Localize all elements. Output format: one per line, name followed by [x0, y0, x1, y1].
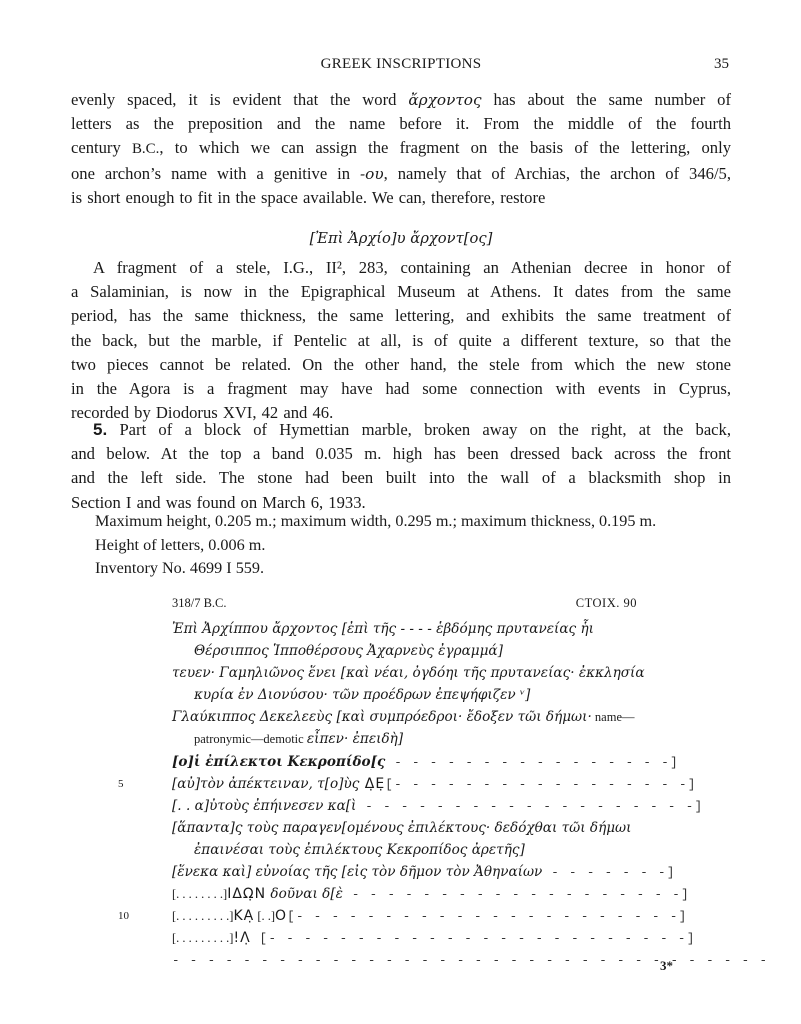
inscription-line: Ἐπὶ Ἀρχίππου ἄρχοντος [ἐπὶ τῆς - - - - ἑ… — [172, 618, 642, 640]
inscription-line: patronymic—demotic εἶπεν· ἐπειδὴ] — [172, 728, 642, 750]
running-title: GREEK INSCRIPTIONS — [71, 56, 731, 73]
section-5-description: 5. Part of a block of Hymettian marble, … — [71, 418, 731, 515]
inscription-line: Γλαύκιππος Δεκελεεὺς [καὶ συμπρόεδροι· ἔ… — [172, 706, 642, 728]
measurements: Maximum height, 0.205 m.; maximum width,… — [95, 510, 765, 581]
stoichedon-label: CTOIX. 90 — [576, 596, 637, 611]
inscription-line: [. . . . . . . .]ΙΔΩ̣Ν δοῦναι δ[ὲ - - - … — [172, 883, 642, 905]
text-line: in the Agora is a fragment may have had … — [71, 377, 731, 401]
text-line: a Salaminian, is now in the Epigraphical… — [71, 280, 731, 304]
inventory-number: Inventory No. 4699 I 559. — [95, 557, 765, 581]
inscription-line: κυρία ἐν Διονύσου· τῶν προέδρων ἐπεψήφιζ… — [172, 684, 642, 706]
measurement-dimensions: Maximum height, 0.205 m.; maximum width,… — [95, 510, 765, 534]
text-line: 5. Part of a block of Hymettian marble, … — [71, 418, 731, 442]
inscription-header: 318/7 B.C. CTOIX. 90 — [172, 596, 637, 614]
measurement-letter-height: Height of letters, 0.006 m. — [95, 534, 765, 558]
paragraph-continuation: evenly spaced, it is evident that the wo… — [71, 88, 731, 210]
line-number: 10 — [118, 905, 138, 927]
text-line: A fragment of a stele, I.G., II², 283, c… — [71, 256, 731, 280]
text-line: period, has the same thickness, the same… — [71, 304, 731, 328]
inscription-line: [. . . . . . . . .]!Λ̣ [- - - - - - - - … — [172, 927, 642, 949]
text-line: evenly spaced, it is evident that the wo… — [71, 88, 731, 112]
inscription-line: 10[. . . . . . . . .]ΚΑ̣ [. .]Ο[- - - - … — [172, 905, 642, 927]
running-head: GREEK INSCRIPTIONS 35 — [71, 56, 731, 76]
journal-page: GREEK INSCRIPTIONS 35 evenly spaced, it … — [0, 0, 801, 1024]
line-number: 5 — [118, 773, 138, 795]
inscription-line: [ἅπαντα]ς τοὺς παραγεν[ομένους ἐπιλέκτου… — [172, 817, 642, 839]
inscription-date: 318/7 B.C. — [172, 596, 227, 611]
page-number: 35 — [714, 56, 729, 73]
text-line: the back, but the marble, if Pentelic at… — [71, 329, 731, 353]
inscription-line: 5[αὐ]τὸν ἀπέκτειναν, τ[ο]ὺς Δ̣Ε̣[- - - -… — [172, 773, 642, 795]
inscription-line: [ἕνεκα καὶ] εὐνοίας τῆς [εἰς τὸν δῆμον τ… — [172, 861, 642, 883]
inscription-line: [ο]ἱ ἐπίλεκτοι Κεκροπίδο[ς - - - - - - -… — [172, 751, 642, 773]
inscription-line: τευεν· Γαμηλιῶνος ἕνει [καὶ νέαι, ὀγδόηι… — [172, 662, 642, 684]
signature-mark: 3* — [660, 958, 673, 974]
inscription-line: [. . α]ὐτοὺς ἐπήινεσεν κα[ὶ - - - - - - … — [172, 795, 642, 817]
inscription-line: - - - - - - - - - - - - - - - - - - - - … — [172, 949, 642, 971]
paragraph-stele-comparison: A fragment of a stele, I.G., II², 283, c… — [71, 256, 731, 425]
inscription-line: ἐπαινέσαι τοὺς ἐπιλέκτους Κεκροπίδος ἀρε… — [172, 839, 642, 861]
text-line: one archon’s name with a genitive in -ου… — [71, 162, 731, 186]
text-line: letters as the preposition and the name … — [71, 112, 731, 136]
text-line: is short enough to fit in the space avai… — [71, 186, 731, 210]
text-line: century B.C., to which we can assign the… — [71, 136, 731, 161]
text-line: and the left side. The stone had been bu… — [71, 466, 731, 490]
inscription-line: Θέρσιππος Ἱπποθέρσους Ἀχαρνεὺς ἐγραμμά] — [172, 640, 642, 662]
text-line: and below. At the top a band 0.035 m. hi… — [71, 442, 731, 466]
section-number: 5. — [93, 420, 107, 439]
text-line: two pieces cannot be related. On the oth… — [71, 353, 731, 377]
restoration-formula: [Ἐπὶ Ἀρχίο]υ ἄρχοντ[ος] — [71, 230, 731, 248]
inscription-text: Ἐπὶ Ἀρχίππου ἄρχοντος [ἐπὶ τῆς - - - - ἑ… — [172, 618, 642, 972]
